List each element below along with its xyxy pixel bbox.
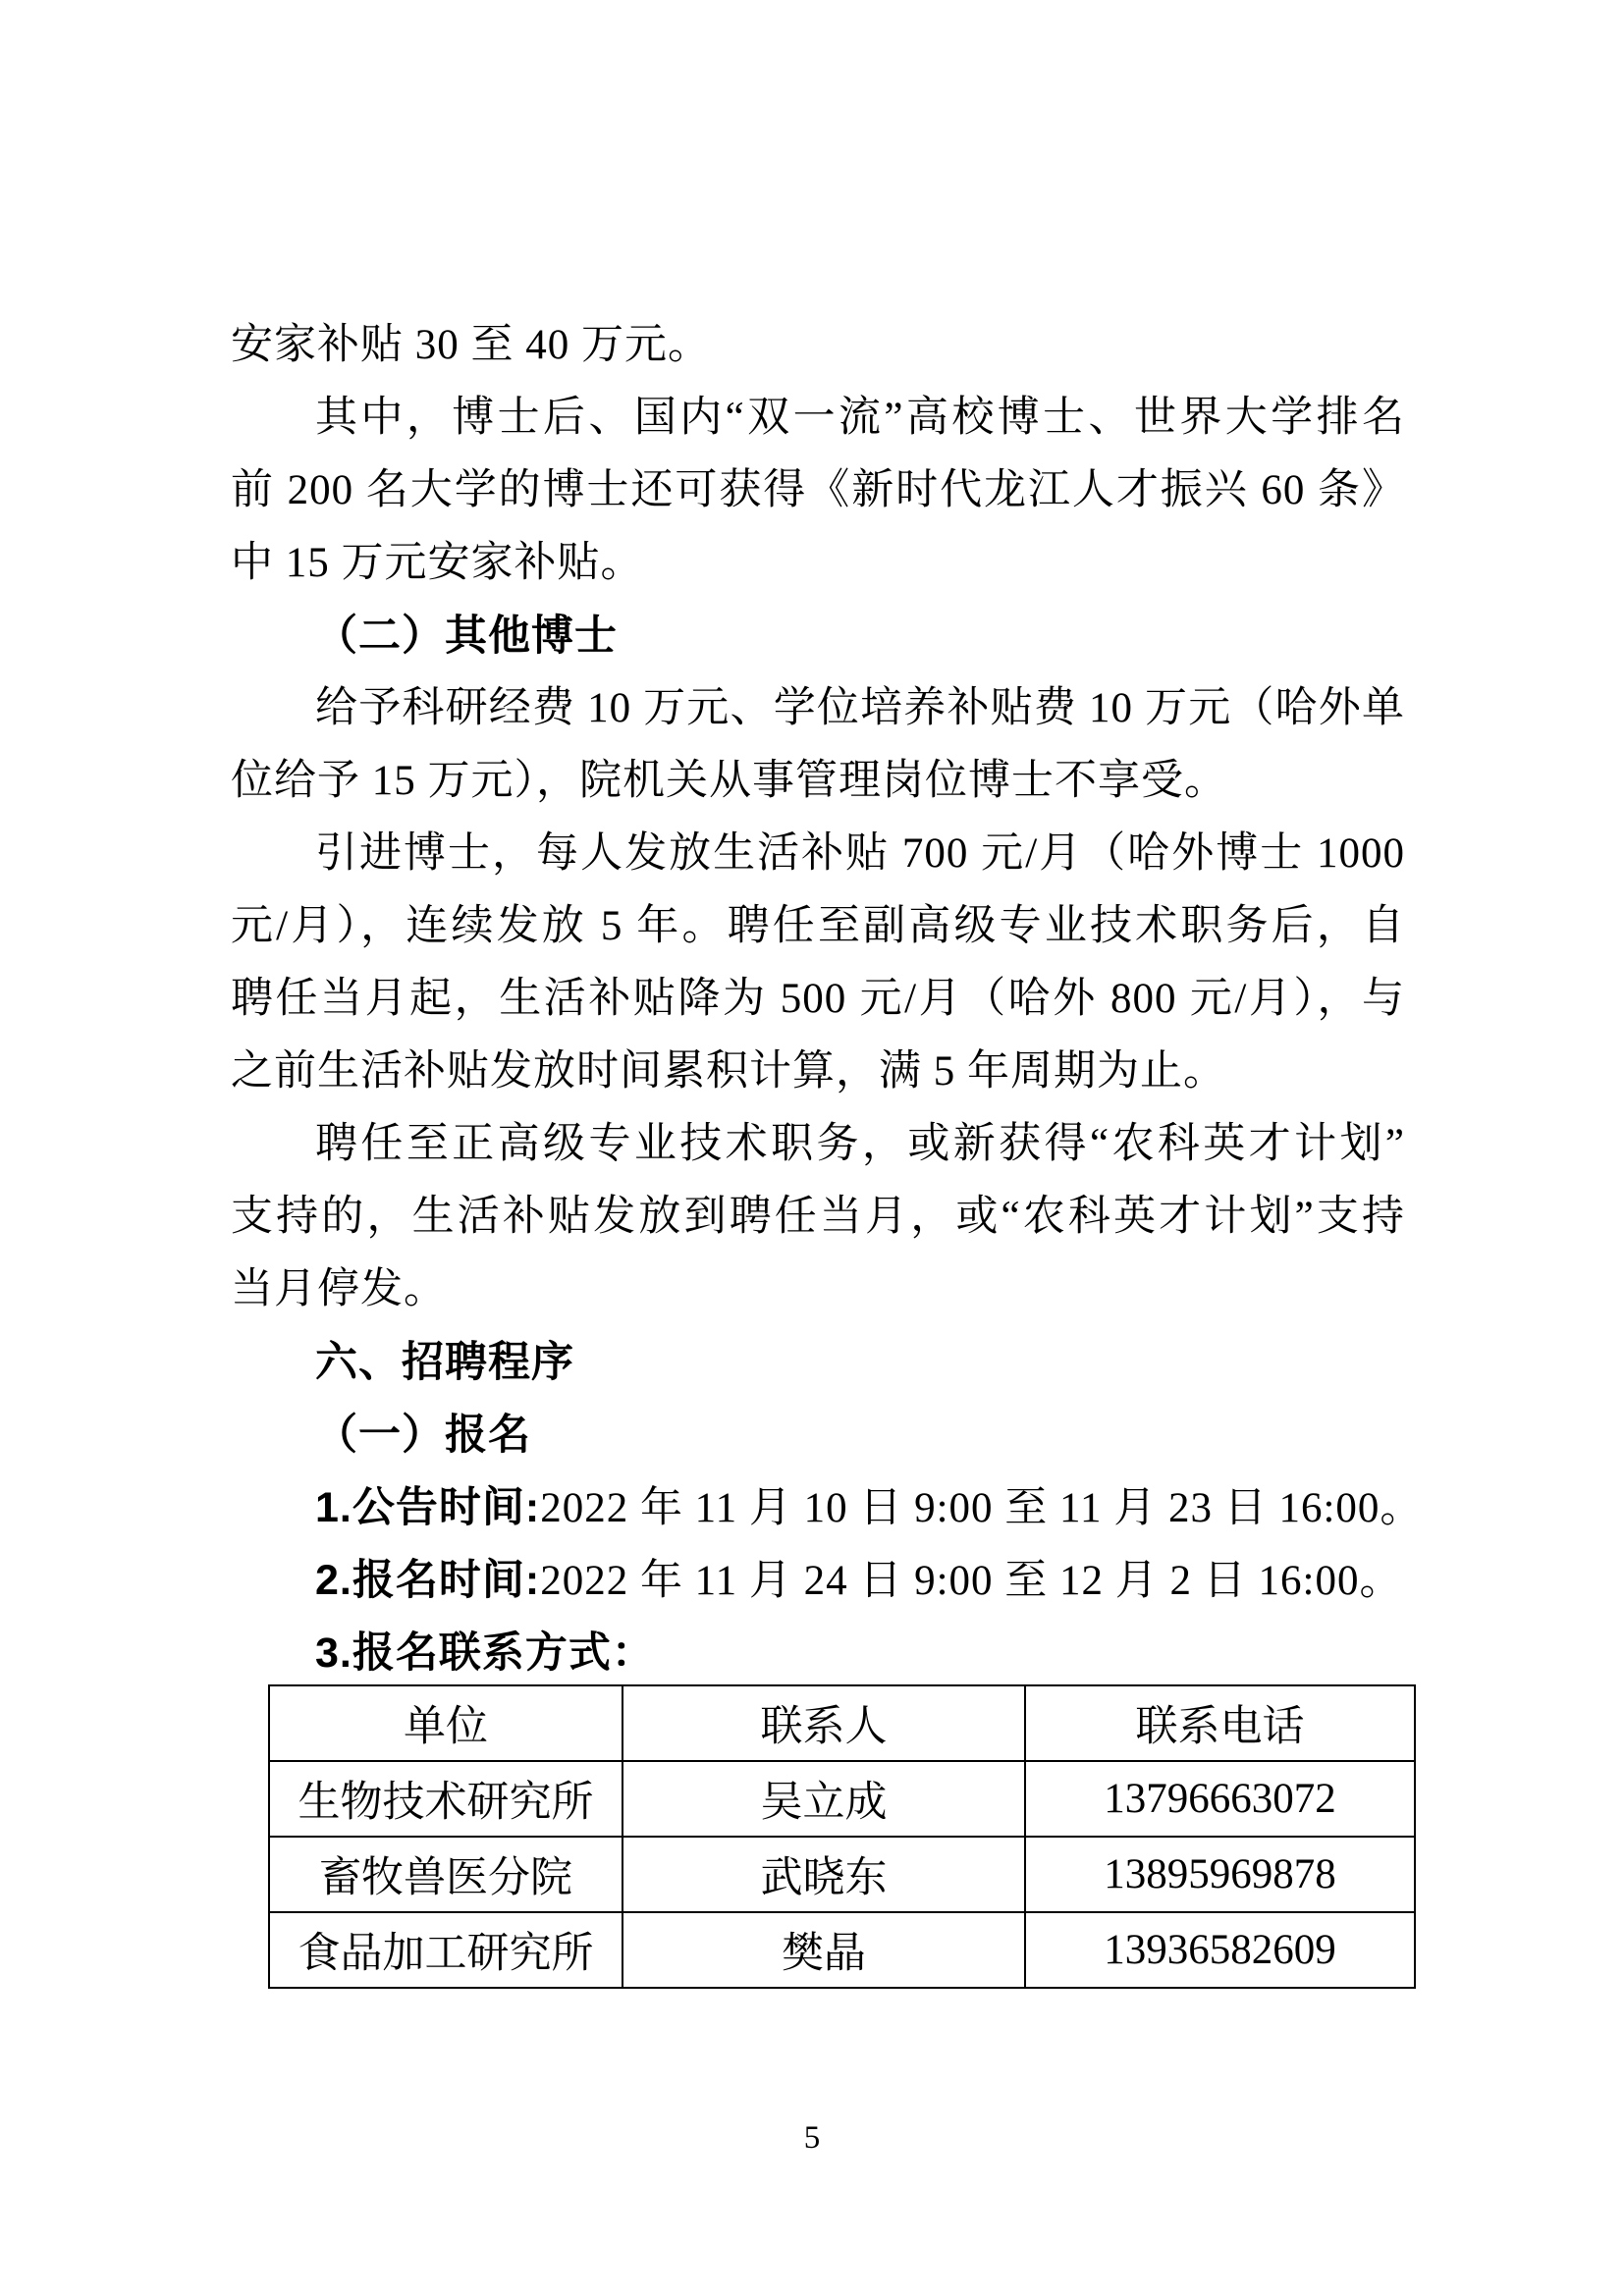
- list-item-text: 2022 年 11 月 10 日 9:00 至 11 月 23 日 16:00。: [540, 1485, 1423, 1531]
- list-item: 1.公告时间:2022 年 11 月 10 日 9:00 至 11 月 23 日…: [231, 1471, 1405, 1544]
- cell-contact: 吴立成: [623, 1761, 1025, 1837]
- text-line: 聘任当月起，生活补贴降为 500 元/月（哈外 800 元/月），与: [231, 963, 1405, 1036]
- document-body: 安家补贴 30 至 40 万元。 其中，博士后、国内“双一流”高校博士、世界大学…: [231, 309, 1405, 1689]
- section-heading: 六、招聘程序: [231, 1326, 1405, 1399]
- text-line: 引进博士，每人发放生活补贴 700 元/月（哈外博士 1000: [231, 818, 1405, 890]
- page-number: 5: [0, 2118, 1624, 2158]
- text-line: 位给予 15 万元），院机关从事管理岗位博士不享受。: [231, 745, 1405, 818]
- column-header-contact: 联系人: [623, 1685, 1025, 1761]
- table-row: 生物技术研究所 吴立成 13796663072: [269, 1761, 1415, 1837]
- contact-table: 单位 联系人 联系电话 生物技术研究所 吴立成 13796663072 畜牧兽医…: [268, 1684, 1416, 1989]
- table-header-row: 单位 联系人 联系电话: [269, 1685, 1415, 1761]
- text-line: 当月停发。: [231, 1254, 1405, 1326]
- column-header-unit: 单位: [269, 1685, 623, 1761]
- cell-contact: 樊晶: [623, 1912, 1025, 1988]
- list-item: 3.报名联系方式：: [231, 1617, 1405, 1689]
- list-item-text: 2022 年 11 月 24 日 9:00 至 12 月 2 日 16:00。: [540, 1558, 1402, 1604]
- list-item-label: 1.公告时间:: [315, 1484, 540, 1531]
- cell-unit: 畜牧兽医分院: [269, 1837, 623, 1912]
- document-page: 安家补贴 30 至 40 万元。 其中，博士后、国内“双一流”高校博士、世界大学…: [0, 0, 1624, 2296]
- list-item-label: 3.报名联系方式：: [315, 1629, 655, 1677]
- text-line: 前 200 名大学的博士还可获得《新时代龙江人才振兴 60 条》: [231, 454, 1405, 527]
- text-line: 元/月），连续发放 5 年。聘任至副高级专业技术职务后，自: [231, 890, 1405, 963]
- cell-phone: 13796663072: [1025, 1761, 1415, 1837]
- text-line: 聘任至正高级专业技术职务，或新获得“农科英才计划”: [231, 1108, 1405, 1181]
- cell-phone: 13895969878: [1025, 1837, 1415, 1912]
- cell-contact: 武晓东: [623, 1837, 1025, 1912]
- text-line: 其中，博士后、国内“双一流”高校博士、世界大学排名: [231, 382, 1405, 454]
- table-row: 畜牧兽医分院 武晓东 13895969878: [269, 1837, 1415, 1912]
- list-item-label: 2.报名时间:: [315, 1557, 540, 1604]
- text-line: 给予科研经费 10 万元、学位培养补贴费 10 万元（哈外单: [231, 672, 1405, 745]
- section-heading: （一）报名: [231, 1399, 1405, 1471]
- text-line: 之前生活补贴发放时间累积计算，满 5 年周期为止。: [231, 1036, 1405, 1108]
- cell-unit: 生物技术研究所: [269, 1761, 623, 1837]
- column-header-phone: 联系电话: [1025, 1685, 1415, 1761]
- table-row: 食品加工研究所 樊晶 13936582609: [269, 1912, 1415, 1988]
- cell-unit: 食品加工研究所: [269, 1912, 623, 1988]
- cell-phone: 13936582609: [1025, 1912, 1415, 1988]
- text-line: 中 15 万元安家补贴。: [231, 527, 1405, 600]
- text-line: 支持的，生活补贴发放到聘任当月，或“农科英才计划”支持: [231, 1181, 1405, 1254]
- list-item: 2.报名时间:2022 年 11 月 24 日 9:00 至 12 月 2 日 …: [231, 1544, 1405, 1617]
- section-heading: （二）其他博士: [231, 600, 1405, 672]
- text-line: 安家补贴 30 至 40 万元。: [231, 309, 1405, 382]
